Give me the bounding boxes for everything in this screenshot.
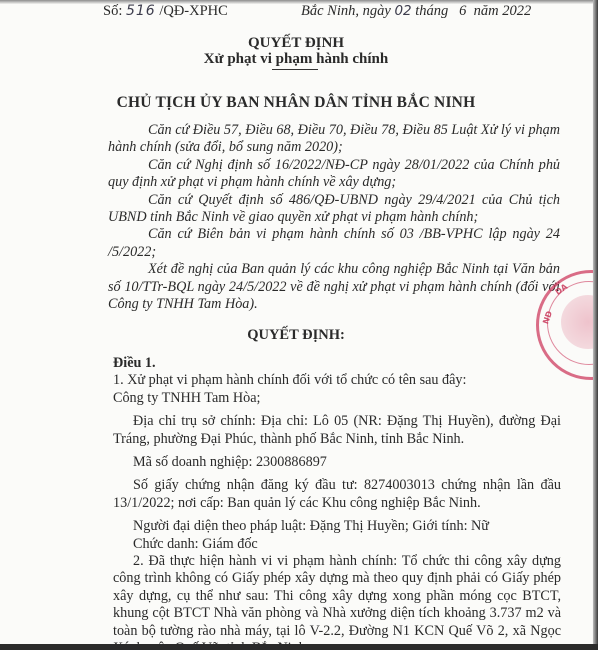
decision-date: Bắc Ninh, ngày 02 tháng 6 năm 2022 [301,3,531,20]
scan-bottom-edge [0,644,598,650]
company-name: Công ty TNHH Tam Hòa; [113,390,561,407]
representative-position: Chức danh: Giám đốc [113,536,561,553]
legal-basis-list: Căn cứ Điều 57, Điều 68, Điều 70, Điều 7… [108,122,560,313]
scan-top-edge [0,0,598,4]
date-prefix: Bắc Ninh, ngày [301,3,394,19]
tax-code: Mã số doanh nghiệp: 2300886897 [113,454,561,471]
legal-basis-item: Căn cứ Biên bản vi phạm hành chính số 03… [108,226,560,261]
decision-number: Số: 516 /QĐ-XPHC [103,3,228,20]
number-handwritten: 516 [126,3,156,19]
issuing-authority: CHỦ TỊCH ỦY BAN NHÂN DÂN TỈNH BẮC NINH [0,94,592,112]
legal-basis-item: Căn cứ Điều 57, Điều 68, Điều 70, Điều 7… [108,122,560,157]
document-title: QUYẾT ĐỊNH [0,35,592,52]
legal-basis-item: Xét đề nghị của Ban quản lý các khu công… [108,261,560,313]
legal-basis-item: Căn cứ Nghị định số 16/2022/NĐ-CP ngày 2… [108,157,560,192]
investment-certificate: Số giấy chứng nhận đăng ký đầu tư: 82740… [113,477,561,512]
item-2-violation: 2. Đã thực hiện hành vi vi phạm hành chí… [113,553,561,650]
legal-basis-item: Căn cứ Quyết định số 486/QĐ-UBND ngày 29… [108,192,560,227]
number-prefix: Số: [103,3,126,19]
document-subtitle: Xử phạt vi phạm hành chính [0,51,592,68]
item-1-intro: 1. Xử phạt vi phạm hành chính đối với tổ… [113,372,561,389]
decision-heading: QUYẾT ĐỊNH: [0,327,592,344]
legal-representative: Người đại diện theo pháp luật: Đặng Thị … [113,518,561,535]
date-month-year: tháng 6 năm 2022 [412,3,532,19]
date-day-handwritten: 02 [394,3,411,19]
document-page: Số: 516 /QĐ-XPHC Bắc Ninh, ngày 02 tháng… [0,0,592,644]
article-1: Điều 1. 1. Xử phạt vi phạm hành chính đố… [113,355,561,650]
title-underline [272,69,318,70]
article-label: Điều 1. [113,355,561,372]
number-suffix: /QĐ-XPHC [156,3,228,19]
scan-right-edge [593,0,598,650]
company-address: Địa chỉ trụ sở chính: Địa chỉ: Lô 05 (NR… [113,413,561,448]
